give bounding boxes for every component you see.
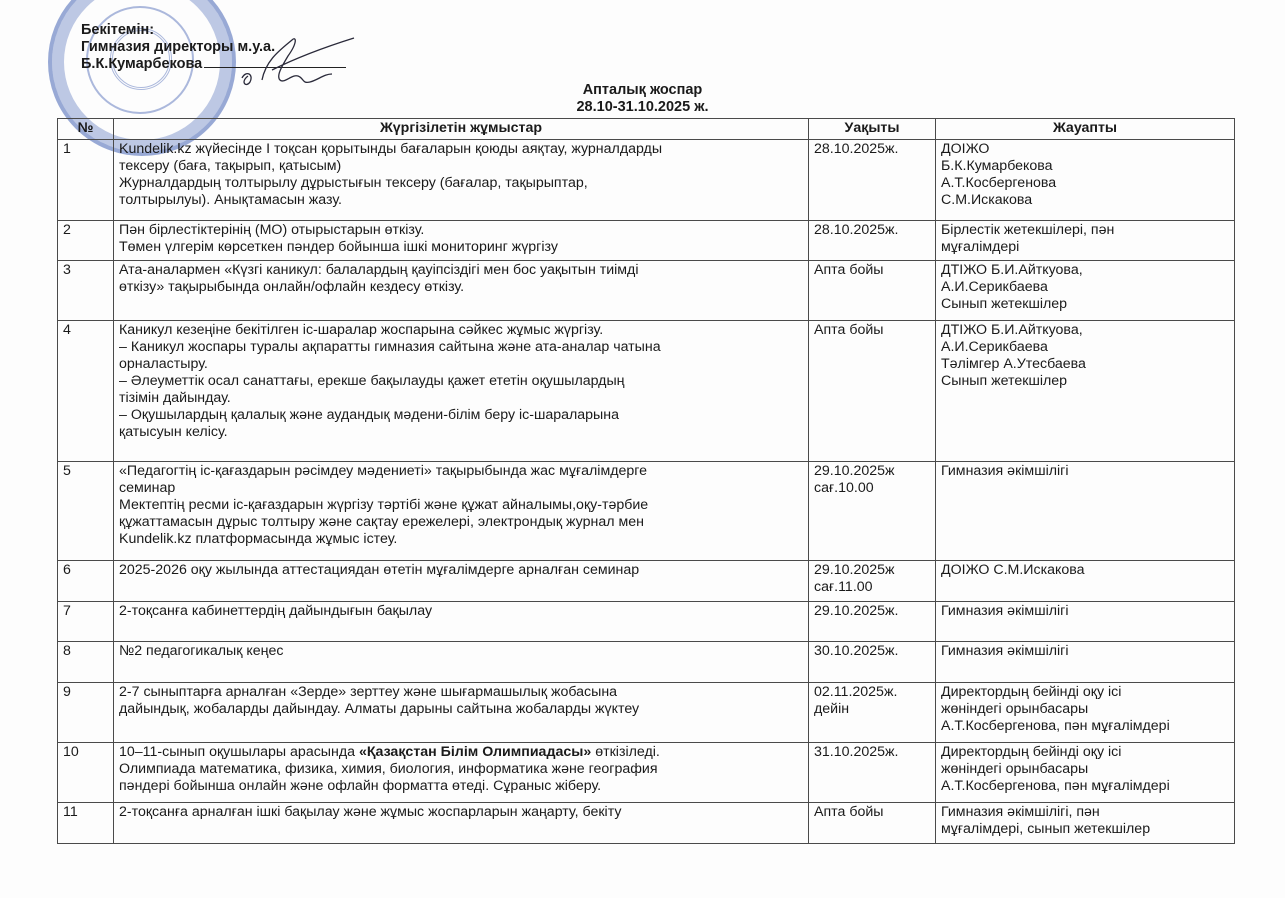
time-cell: Апта бойы <box>809 803 936 844</box>
work-description-line: тексеру (баға, тақырып, қатысым) <box>119 158 803 175</box>
responsible-cell-line: Гимназия әкімшілігі <box>941 643 1229 660</box>
header-number: № <box>58 119 114 140</box>
signature-icon <box>232 30 362 90</box>
table-body: 1Kundelik.kz жүйесінде I тоқсан қорытынд… <box>58 140 1235 844</box>
time-cell-line: 29.10.2025ж. <box>814 603 930 620</box>
row-number: 11 <box>58 803 114 844</box>
time-cell-line: 29.10.2025ж <box>814 463 930 480</box>
work-description-line: пәндері бойынша онлайн және офлайн форма… <box>119 778 803 795</box>
header-responsible: Жауапты <box>936 119 1235 140</box>
time-cell-line: 29.10.2025ж <box>814 562 930 579</box>
responsible-cell-line: Гимназия әкімшілігі, пән <box>941 804 1229 821</box>
responsible-cell-line: ДТІЖО Б.И.Айткуова, <box>941 262 1229 279</box>
header-time: Уақыты <box>809 119 936 140</box>
work-description-line: 2-тоқсанға арналған ішкі бақылау және жұ… <box>119 804 803 821</box>
work-description: 2025-2026 оқу жылында аттестациядан өтет… <box>114 561 809 602</box>
time-cell: Апта бойы <box>809 321 936 462</box>
responsible-cell-line: ДОІЖО <box>941 141 1229 158</box>
table-header-row: № Жүргізілетін жұмыстар Уақыты Жауапты <box>58 119 1235 140</box>
work-description-line: – Әлеуметтік осал санаттағы, ерекше бақы… <box>119 373 803 390</box>
work-description: Kundelik.kz жүйесінде I тоқсан қорытынды… <box>114 140 809 221</box>
row-number: 9 <box>58 683 114 743</box>
responsible-cell-line: ДОІЖО С.М.Искакова <box>941 562 1229 579</box>
responsible-cell-line: А.И.Серикбаева <box>941 279 1229 296</box>
table-row: 72-тоқсанға кабинеттердің дайындығын бақ… <box>58 602 1235 642</box>
responsible-cell: Гимназия әкімшілігі <box>936 642 1235 683</box>
responsible-cell-line: Директордың бейінді оқу ісі <box>941 684 1229 701</box>
document-title: Апталық жоспар 28.10-31.10.2025 ж. <box>0 82 1285 116</box>
time-cell-line: Апта бойы <box>814 322 930 339</box>
work-description-line: Kundelik.kz платформасында жұмыс істеу. <box>119 531 803 548</box>
responsible-cell-line: Тәлімгер А.Утесбаева <box>941 356 1229 373</box>
table-row: 4Каникул кезеңіне бекітілген іс-шаралар … <box>58 321 1235 462</box>
time-cell-line: 28.10.2025ж. <box>814 222 930 239</box>
responsible-cell-line: мұғалімдері <box>941 239 1229 256</box>
responsible-cell: ДОІЖОБ.К.КумарбековаА.Т.КосбергеноваС.М.… <box>936 140 1235 221</box>
table-row: 1Kundelik.kz жүйесінде I тоқсан қорытынд… <box>58 140 1235 221</box>
plan-heading: Апталық жоспар <box>0 82 1285 99</box>
work-description-line: «Педагогтің іс-қағаздарын рәсімдеу мәден… <box>119 463 803 480</box>
responsible-cell: Директордың бейінді оқу ісіжөніндегі оры… <box>936 743 1235 803</box>
time-cell-line: Апта бойы <box>814 804 930 821</box>
header-works: Жүргізілетін жұмыстар <box>114 119 809 140</box>
responsible-cell-line: Б.К.Кумарбекова <box>941 158 1229 175</box>
work-description-line: қатысуын келісу. <box>119 424 803 441</box>
work-description-line: семинар <box>119 480 803 497</box>
responsible-cell-line: А.Т.Косбергенова, пән мұғалімдері <box>941 778 1229 795</box>
work-description-line: дайындық, жобаларды дайындау. Алматы дар… <box>119 701 803 718</box>
responsible-cell-line: Гимназия әкімшілігі <box>941 463 1229 480</box>
row-number: 1 <box>58 140 114 221</box>
work-description-line: 2025-2026 оқу жылында аттестациядан өтет… <box>119 562 803 579</box>
work-description-line: өткізу» тақырыбында онлайн/офлайн кездес… <box>119 279 803 296</box>
work-description: №2 педагогикалық кеңес <box>114 642 809 683</box>
work-description-line: Төмен үлгерім көрсеткен пәндер бойынша і… <box>119 239 803 256</box>
time-cell: 28.10.2025ж. <box>809 221 936 261</box>
responsible-cell: ДТІЖО Б.И.Айткуова,А.И.СерикбаеваСынып ж… <box>936 261 1235 321</box>
work-description-line: Мектептің ресми іс-қағаздарын жүргізу тә… <box>119 497 803 514</box>
text-segment: 10–11-сынып оқушылары арасында <box>119 744 359 760</box>
work-description-line: 2-тоқсанға кабинеттердің дайындығын бақы… <box>119 603 803 620</box>
responsible-cell: Директордың бейінді оқу ісіжөніндегі оры… <box>936 683 1235 743</box>
time-cell: 02.11.2025ж.дейін <box>809 683 936 743</box>
table-row: 62025-2026 оқу жылында аттестациядан өте… <box>58 561 1235 602</box>
responsible-cell-line: ДТІЖО Б.И.Айткуова, <box>941 322 1229 339</box>
responsible-cell-line: жөніндегі орынбасары <box>941 761 1229 778</box>
responsible-cell-line: А.Т.Косбергенова, пән мұғалімдері <box>941 718 1229 735</box>
work-description: Ата-аналармен «Күзгі каникул: балалардың… <box>114 261 809 321</box>
work-description-line: 2-7 сыныптарға арналған «Зерде» зерттеу … <box>119 684 803 701</box>
row-number: 5 <box>58 462 114 561</box>
work-description: «Педагогтің іс-қағаздарын рәсімдеу мәден… <box>114 462 809 561</box>
work-description-line: орналастыру. <box>119 356 803 373</box>
work-description: 10–11-сынып оқушылары арасында «Қазақста… <box>114 743 809 803</box>
responsible-cell-line: Гимназия әкімшілігі <box>941 603 1229 620</box>
row-number: 2 <box>58 221 114 261</box>
work-description: 2-тоқсанға арналған ішкі бақылау және жұ… <box>114 803 809 844</box>
responsible-cell: Гимназия әкімшілігі <box>936 462 1235 561</box>
time-cell: 29.10.2025жсағ.11.00 <box>809 561 936 602</box>
time-cell-line: 02.11.2025ж. <box>814 684 930 701</box>
work-description-line: – Каникул жоспары туралы ақпаратты гимна… <box>119 339 803 356</box>
table-row: 5«Педагогтің іс-қағаздарын рәсімдеу мәде… <box>58 462 1235 561</box>
table-row: 1010–11-сынып оқушылары арасында «Қазақс… <box>58 743 1235 803</box>
responsible-cell: ДТІЖО Б.И.Айткуова,А.И.СерикбаеваТәлімге… <box>936 321 1235 462</box>
time-cell-line: сағ.11.00 <box>814 579 930 596</box>
time-cell: 29.10.2025ж. <box>809 602 936 642</box>
time-cell-line: Апта бойы <box>814 262 930 279</box>
work-description-line: Пән бірлестіктерінің (МО) отырыстарын өт… <box>119 222 803 239</box>
work-description: 2-тоқсанға кабинеттердің дайындығын бақы… <box>114 602 809 642</box>
responsible-cell: Бірлестік жетекшілері, пәнмұғалімдері <box>936 221 1235 261</box>
weekly-plan-table: № Жүргізілетін жұмыстар Уақыты Жауапты 1… <box>57 118 1235 844</box>
time-cell-line: дейін <box>814 701 930 718</box>
responsible-cell: ДОІЖО С.М.Искакова <box>936 561 1235 602</box>
row-number: 10 <box>58 743 114 803</box>
table-row: 112-тоқсанға арналған ішкі бақылау және … <box>58 803 1235 844</box>
work-description-line: Олимпиада математика, физика, химия, био… <box>119 761 803 778</box>
approval-name: Б.К.Кумарбекова <box>81 56 202 72</box>
table-row: 2Пән бірлестіктерінің (МО) отырыстарын ө… <box>58 221 1235 261</box>
responsible-cell-line: мұғалімдері, сынып жетекшілер <box>941 821 1229 838</box>
work-description-line: құжаттамасын дұрыс толтыру және сақтау е… <box>119 514 803 531</box>
row-number: 4 <box>58 321 114 462</box>
work-description-line: №2 педагогикалық кеңес <box>119 643 803 660</box>
work-description: Пән бірлестіктерінің (МО) отырыстарын өт… <box>114 221 809 261</box>
work-description-line: Каникул кезеңіне бекітілген іс-шаралар ж… <box>119 322 803 339</box>
time-cell: Апта бойы <box>809 261 936 321</box>
plan-dates: 28.10-31.10.2025 ж. <box>0 99 1285 116</box>
time-cell-line: 31.10.2025ж. <box>814 744 930 761</box>
row-number: 7 <box>58 602 114 642</box>
work-description: Каникул кезеңіне бекітілген іс-шаралар ж… <box>114 321 809 462</box>
time-cell: 31.10.2025ж. <box>809 743 936 803</box>
responsible-cell-line: А.Т.Косбергенова <box>941 175 1229 192</box>
row-number: 8 <box>58 642 114 683</box>
responsible-cell-line: А.И.Серикбаева <box>941 339 1229 356</box>
olympiad-name: «Қазақстан Білім Олимпиадасы» <box>359 744 591 760</box>
responsible-cell: Гимназия әкімшілігі <box>936 602 1235 642</box>
row-number: 6 <box>58 561 114 602</box>
time-cell-line: сағ.10.00 <box>814 480 930 497</box>
responsible-cell-line: жөніндегі орынбасары <box>941 701 1229 718</box>
table-row: 3Ата-аналармен «Күзгі каникул: балаларды… <box>58 261 1235 321</box>
table-row: 92-7 сыныптарға арналған «Зерде» зерттеу… <box>58 683 1235 743</box>
responsible-cell-line: Директордың бейінді оқу ісі <box>941 744 1229 761</box>
work-description: 2-7 сыныптарға арналған «Зерде» зерттеу … <box>114 683 809 743</box>
responsible-cell-line: С.М.Искакова <box>941 192 1229 209</box>
time-cell-line: 28.10.2025ж. <box>814 141 930 158</box>
responsible-cell-line: Сынып жетекшілер <box>941 296 1229 313</box>
work-description-line: Kundelik.kz жүйесінде I тоқсан қорытынды… <box>119 141 803 158</box>
text-segment: өткізіледі. <box>591 744 660 760</box>
table-row: 8№2 педагогикалық кеңес30.10.2025ж.Гимна… <box>58 642 1235 683</box>
work-description-line: тізімін дайындау. <box>119 390 803 407</box>
row-number: 3 <box>58 261 114 321</box>
work-description-line: Ата-аналармен «Күзгі каникул: балалардың… <box>119 262 803 279</box>
work-description-line: Журналдардың толтырылу дұрыстығын тексер… <box>119 175 803 192</box>
time-cell: 30.10.2025ж. <box>809 642 936 683</box>
work-description-line: 10–11-сынып оқушылары арасында «Қазақста… <box>119 744 803 761</box>
work-description-line: – Оқушылардың қалалық және аудандық мәде… <box>119 407 803 424</box>
time-cell: 28.10.2025ж. <box>809 140 936 221</box>
responsible-cell-line: Бірлестік жетекшілері, пән <box>941 222 1229 239</box>
time-cell: 29.10.2025жсағ.10.00 <box>809 462 936 561</box>
work-description-line: толтырылуы). Анықтамасын жазу. <box>119 192 803 209</box>
responsible-cell: Гимназия әкімшілігі, пәнмұғалімдері, сын… <box>936 803 1235 844</box>
time-cell-line: 30.10.2025ж. <box>814 643 930 660</box>
responsible-cell-line: Сынып жетекшілер <box>941 373 1229 390</box>
